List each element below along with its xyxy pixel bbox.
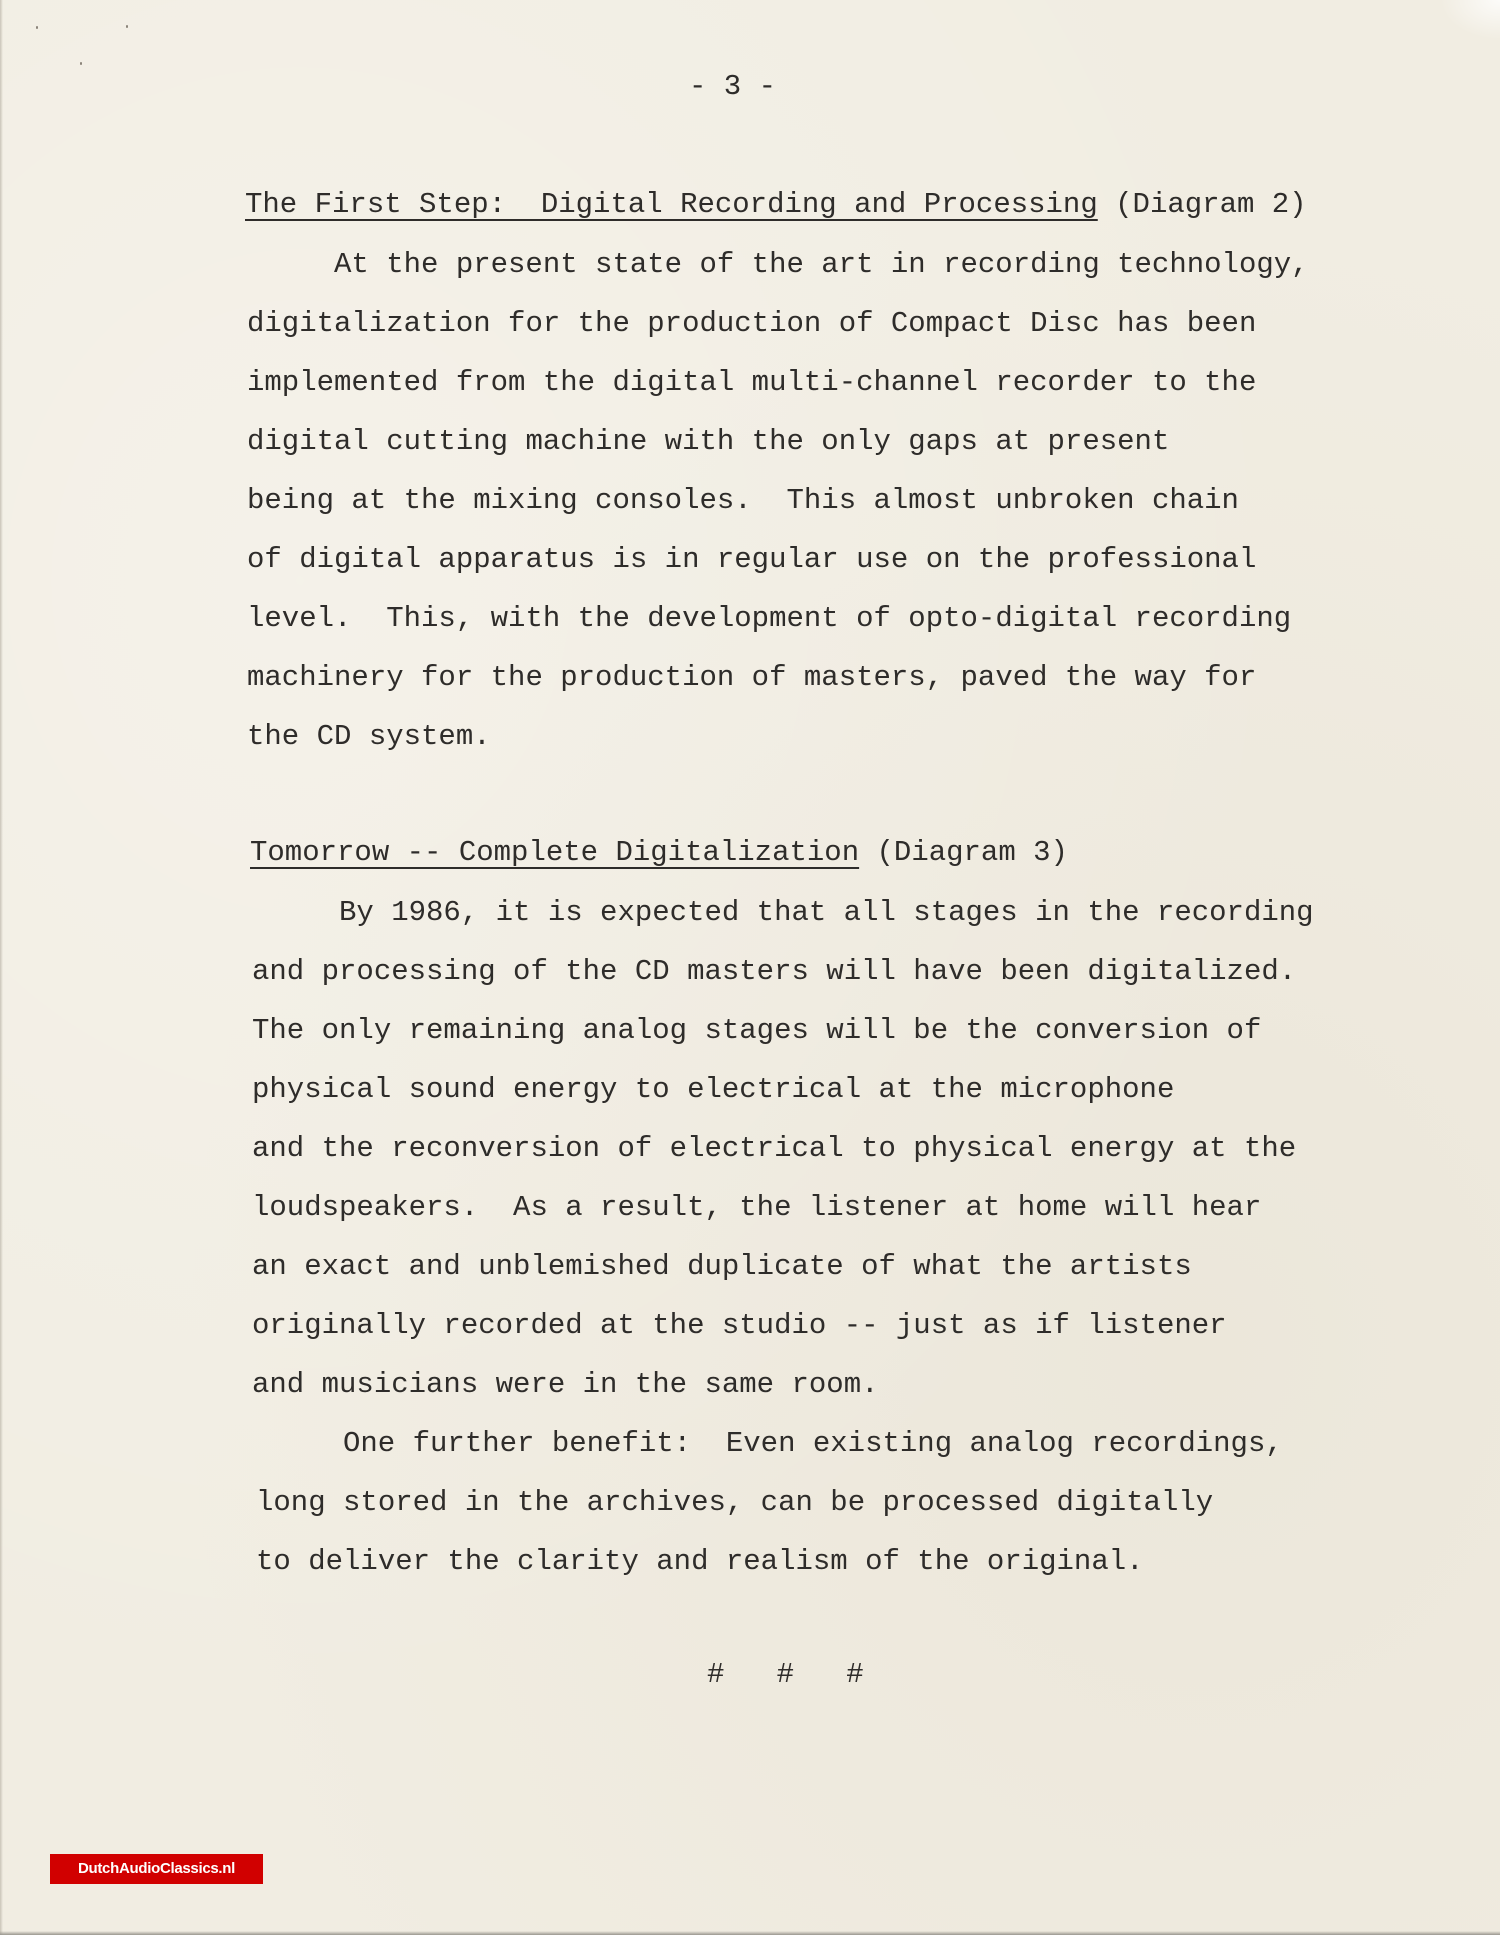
section-heading-first-step: The First Step: Digital Recording and Pr… — [245, 175, 1307, 234]
paper-glare — [1440, 0, 1500, 40]
text-line: long stored in the archives, can be proc… — [256, 1473, 1314, 1532]
text-line: digitalization for the production of Com… — [247, 294, 1309, 353]
text-line: an exact and unblemished duplicate of wh… — [252, 1237, 1314, 1296]
text-line: to deliver the clarity and realism of th… — [256, 1532, 1314, 1591]
paper-bottom-edge — [0, 1931, 1500, 1935]
heading-diagram-ref: (Diagram 2) — [1098, 188, 1307, 221]
text-line: of digital apparatus is in regular use o… — [247, 530, 1309, 589]
text-line: and musicians were in the same room. — [252, 1355, 1314, 1414]
text-line: machinery for the production of masters,… — [247, 648, 1309, 707]
speck — [36, 26, 38, 29]
heading-title: Tomorrow -- Complete Digitalization — [250, 836, 859, 869]
page-number: - 3 - — [689, 57, 776, 116]
heading-diagram-ref: (Diagram 3) — [859, 836, 1068, 869]
text-line: and the reconversion of electrical to ph… — [252, 1119, 1314, 1178]
heading-title: The First Step: Digital Recording and Pr… — [245, 188, 1098, 221]
text-line: implemented from the digital multi-chann… — [247, 353, 1309, 412]
section-heading-tomorrow: Tomorrow -- Complete Digitalization (Dia… — [250, 823, 1068, 882]
text-line: By 1986, it is expected that all stages … — [252, 883, 1314, 942]
watermark-logo[interactable]: DutchAudioClassics.nl — [50, 1854, 263, 1884]
text-line: level. This, with the development of opt… — [247, 589, 1309, 648]
text-line: physical sound energy to electrical at t… — [252, 1060, 1314, 1119]
section-body-first-step: At the present state of the art in recor… — [247, 235, 1309, 766]
speck — [80, 62, 82, 65]
text-line: digital cutting machine with the only ga… — [247, 412, 1309, 471]
paper-specks — [30, 20, 140, 50]
end-mark: # # # — [707, 1645, 864, 1704]
section-body-tomorrow: By 1986, it is expected that all stages … — [252, 883, 1314, 1591]
paper-left-edge — [0, 0, 3, 1935]
text-line: The only remaining analog stages will be… — [252, 1001, 1314, 1060]
text-line: loudspeakers. As a result, the listener … — [252, 1178, 1314, 1237]
text-line: the CD system. — [247, 707, 1309, 766]
text-line: and processing of the CD masters will ha… — [252, 942, 1314, 1001]
text-line: being at the mixing consoles. This almos… — [247, 471, 1309, 530]
text-line: At the present state of the art in recor… — [247, 235, 1309, 294]
speck — [126, 25, 128, 28]
text-line: originally recorded at the studio -- jus… — [252, 1296, 1314, 1355]
text-line: One further benefit: Even existing analo… — [256, 1414, 1314, 1473]
